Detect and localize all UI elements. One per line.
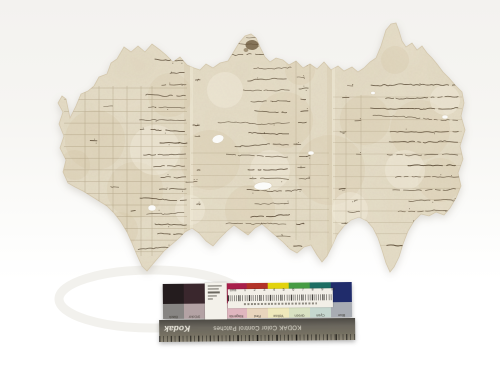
patch-name-label: Green	[289, 314, 310, 318]
patch-name-label: Black	[163, 315, 184, 319]
cm-ruler-numbers: cms 1 2 3 4 5 6 7 8 9 10	[228, 288, 337, 293]
cm-number: 1	[244, 289, 246, 293]
kodak-logo-text: Kodak	[164, 324, 190, 334]
patch-color	[184, 284, 205, 304]
label-text-line	[208, 298, 213, 299]
cm-number: 3	[263, 289, 265, 293]
kodak-brand-text-flipped: KODAK Color Control Patches Kodak	[159, 320, 355, 335]
kodak-color-control-strip: Blue Cyan Green Yellow Red Magenta White…	[159, 281, 356, 342]
cm-number: 10	[331, 288, 335, 292]
label-text-line	[208, 295, 217, 296]
cm-number: 8	[312, 288, 314, 292]
kodak-brand-label: KODAK Color Control Patches	[213, 324, 301, 331]
cm-unit-label: cms	[230, 289, 236, 293]
cm-ruler-ticks	[228, 294, 333, 301]
photograph-background: Blue Cyan Green Yellow Red Magenta White…	[0, 0, 500, 375]
cm-number: 9	[321, 288, 323, 292]
institution-label-card	[205, 282, 227, 320]
label-text-line	[208, 289, 219, 290]
cm-number: 2	[254, 289, 256, 293]
patch-color	[163, 284, 184, 304]
cm-ruler-caption	[244, 302, 318, 305]
patch-name-label: Red	[247, 314, 268, 318]
patch-name-label: Yellow	[268, 314, 289, 318]
cm-number: 7	[302, 289, 304, 293]
label-text-line	[208, 285, 222, 286]
patch-name-label: Cyan	[310, 313, 331, 317]
cm-number: 6	[292, 289, 294, 293]
cm-ruler: cms 1 2 3 4 5 6 7 8 9 10	[228, 288, 333, 308]
cm-number: 4	[273, 289, 275, 293]
patch-name-label: Magenta	[226, 314, 247, 318]
cm-number: 5	[283, 289, 285, 293]
patch-name-label: 3/Color	[184, 315, 205, 319]
patch-color	[331, 282, 352, 302]
label-text-line	[208, 292, 220, 293]
patch-name-label: Blue	[331, 313, 352, 317]
kodak-brand-bar: KODAK Color Control Patches Kodak	[159, 318, 355, 342]
